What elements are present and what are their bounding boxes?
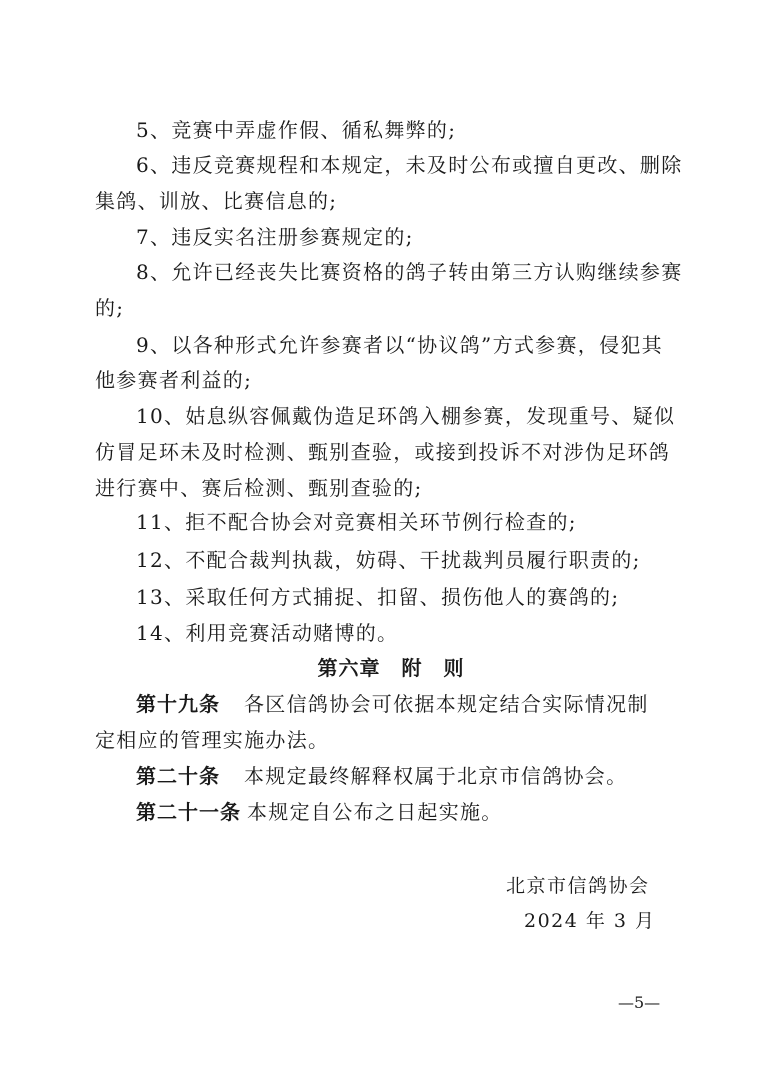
chapter-heading: 第六章 附 则: [95, 650, 687, 686]
list-item-7: 7、违反实名注册参赛规定的;: [136, 219, 696, 255]
list-item-8-line-1: 8、允许已经丧失比赛资格的鸽子转由第三方认购继续参赛: [136, 254, 696, 290]
article-20-label: 第二十条: [136, 764, 220, 788]
list-item-9-line-1: 9、以各种形式允许参赛者以“协议鸽”方式参赛，侵犯其: [136, 327, 696, 363]
article-21-label: 第二十一条: [136, 800, 241, 824]
article-21-text: 本规定自公布之日起实施。: [247, 800, 503, 824]
list-item-13: 13、采取任何方式捕捉、扣留、损伤他人的赛鸽的;: [136, 579, 696, 615]
article-21: 第二十一条本规定自公布之日起实施。: [136, 794, 696, 830]
document-page: 5、竞赛中弄虚作假、循私舞弊的; 6、违反竞赛规程和本规定，未及时公布或擅自更改…: [0, 0, 763, 1080]
list-item-10-line-3: 进行赛中、赛后检测、甄别查验的;: [95, 470, 655, 506]
list-item-11: 11、拒不配合协会对竞赛相关环节例行检查的;: [136, 504, 696, 540]
article-20: 第二十条本规定最终解释权属于北京市信鸽协会。: [136, 758, 696, 794]
list-item-8-line-2: 的;: [95, 290, 655, 326]
list-item-6-line-1: 6、违反竞赛规程和本规定，未及时公布或擅自更改、删除: [136, 147, 696, 183]
list-item-14: 14、利用竞赛活动赌博的。: [136, 615, 696, 651]
list-item-5: 5、竞赛中弄虚作假、循私舞弊的;: [136, 112, 696, 148]
list-item-9-line-2: 他参赛者利益的;: [95, 362, 655, 398]
article-19-label: 第十九条: [136, 692, 220, 716]
article-19: 第十九条各区信鸽协会可依据本规定结合实际情况制: [136, 686, 696, 722]
article-19-text: 各区信鸽协会可依据本规定结合实际情况制: [244, 692, 649, 716]
signature-date: 2024 年 3 月: [524, 903, 656, 939]
list-item-10-line-2: 仿冒足环未及时检测、甄别查验，或接到投诉不对涉伪足环鸽: [95, 434, 655, 470]
list-item-10-line-1: 10、姑息纵容佩戴伪造足环鸽入棚参赛，发现重号、疑似: [136, 398, 696, 434]
page-number: —5—: [618, 990, 660, 1016]
signature-organization: 北京市信鸽协会: [506, 868, 650, 904]
list-item-6-line-2: 集鸽、训放、比赛信息的;: [95, 183, 655, 219]
article-19-line-2: 定相应的管理实施办法。: [95, 722, 655, 758]
article-20-text: 本规定最终解释权属于北京市信鸽协会。: [244, 764, 627, 788]
list-item-12: 12、不配合裁判执裁，妨碍、干扰裁判员履行职责的;: [136, 542, 696, 578]
